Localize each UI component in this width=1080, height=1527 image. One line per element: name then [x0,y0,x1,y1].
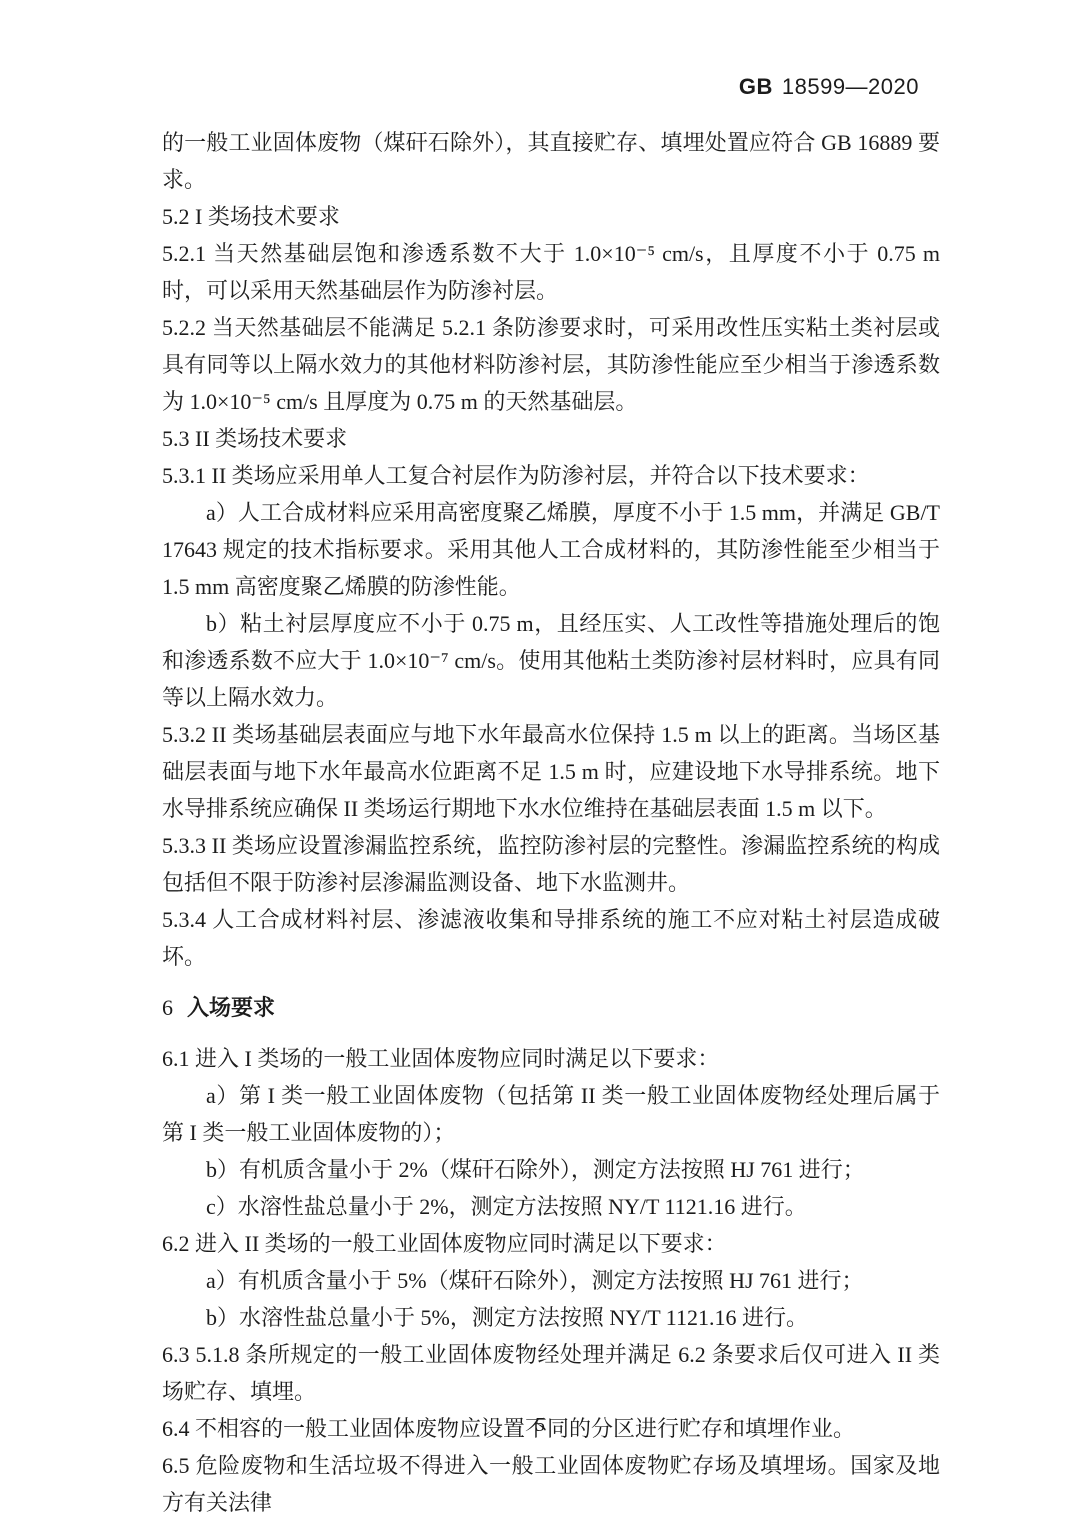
section-6-number: 6 [162,995,173,1020]
standard-number: 18599—2020 [782,74,919,99]
page-number: 5 [535,1414,545,1436]
standard-prefix: GB [739,74,773,99]
clause-5-2-title: 5.2 I 类场技术要求 [162,198,940,235]
page-footer: 5 [0,1410,1080,1440]
clause-5-3-4: 5.3.4 人工合成材料衬层、渗滤液收集和导排系统的施工不应对粘土衬层造成破坏。 [162,901,940,975]
continuation-paragraph: 的一般工业固体废物（煤矸石除外），其直接贮存、填埋处置应符合 GB 16889 … [162,124,940,198]
item-6-1-b: b）有机质含量小于 2%（煤矸石除外），测定方法按照 HJ 761 进行； [162,1151,940,1188]
document-page: GB18599—2020 的一般工业固体废物（煤矸石除外），其直接贮存、填埋处置… [0,0,1080,1527]
clause-5-3-1: 5.3.1 II 类场应采用单人工复合衬层作为防渗衬层，并符合以下技术要求： [162,457,940,494]
section-6-label: 入场要求 [187,995,275,1020]
clause-6-5: 6.5 危险废物和生活垃圾不得进入一般工业固体废物贮存场及填埋场。国家及地方有关… [162,1447,940,1521]
clause-5-2-2: 5.2.2 当天然基础层不能满足 5.2.1 条防渗要求时，可采用改性压实粘土类… [162,309,940,420]
item-6-2-b: b）水溶性盐总量小于 5%，测定方法按照 NY/T 1121.16 进行。 [162,1299,940,1336]
document-body: 的一般工业固体废物（煤矸石除外），其直接贮存、填埋处置应符合 GB 16889 … [162,124,940,1521]
clause-6-1: 6.1 进入 I 类场的一般工业固体废物应同时满足以下要求： [162,1040,940,1077]
item-6-1-a: a）第 I 类一般工业固体废物（包括第 II 类一般工业固体废物经处理后属于第 … [162,1077,940,1151]
item-6-1-c: c）水溶性盐总量小于 2%，测定方法按照 NY/T 1121.16 进行。 [162,1188,940,1225]
clause-5-2-1: 5.2.1 当天然基础层饱和渗透系数不大于 1.0×10⁻⁵ cm/s，且厚度不… [162,235,940,309]
clause-5-3-title: 5.3 II 类场技术要求 [162,420,940,457]
item-6-2-a: a）有机质含量小于 5%（煤矸石除外），测定方法按照 HJ 761 进行； [162,1262,940,1299]
clause-5-3-2: 5.3.2 II 类场基础层表面应与地下水年最高水位保持 1.5 m 以上的距离… [162,716,940,827]
section-6-heading: 6入场要求 [162,989,940,1026]
item-5-3-1-a: a）人工合成材料应采用高密度聚乙烯膜，厚度不小于 1.5 mm，并满足 GB/T… [162,494,940,605]
clause-5-3-3: 5.3.3 II 类场应设置渗漏监控系统，监控防渗衬层的完整性。渗漏监控系统的构… [162,827,940,901]
standard-code-header: GB18599—2020 [739,74,919,100]
clause-6-3: 6.3 5.1.8 条所规定的一般工业固体废物经处理并满足 6.2 条要求后仅可… [162,1336,940,1410]
clause-6-2: 6.2 进入 II 类场的一般工业固体废物应同时满足以下要求： [162,1225,940,1262]
item-5-3-1-b: b）粘土衬层厚度应不小于 0.75 m，且经压实、人工改性等措施处理后的饱和渗透… [162,605,940,716]
